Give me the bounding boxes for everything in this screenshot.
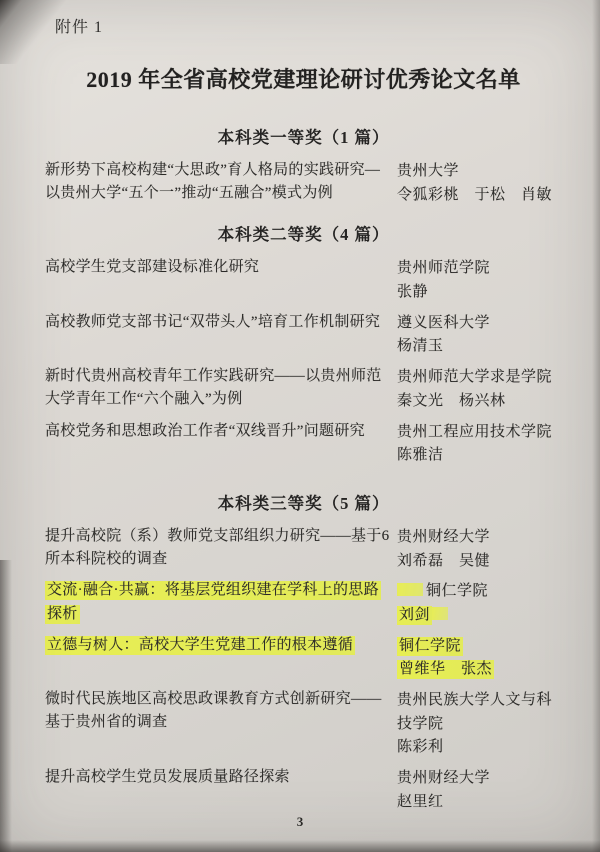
section-heading-third-prize: 本科类三等奖（5 篇） — [45, 490, 562, 514]
paper-attribution: 遵义医科大学 杨清玉 — [397, 311, 562, 359]
highlighted-institution-text: 铜仁学院 — [397, 637, 463, 656]
section-heading-first-prize: 本科类一等奖（1 篇） — [45, 124, 562, 148]
institution: 铜仁学院 — [397, 580, 562, 604]
paper-title: 高校学生党支部建设标准化研究 — [45, 256, 393, 279]
authors: 陈雅洁 — [397, 444, 562, 468]
paper-attribution: 贵州工程应用技术学院 陈雅洁 — [397, 420, 562, 468]
paper-entry-highlighted: 立德与树人：高校大学生党建工作的根本遵循 铜仁学院 曾维华 张杰 — [45, 634, 562, 682]
highlighted-authors-text: 曾维华 张杰 — [397, 660, 494, 679]
authors: 杨清玉 — [397, 335, 562, 359]
document-content: 附件 1 2019 年全省高校党建理论研讨优秀论文名单 本科类一等奖（1 篇） … — [0, 0, 600, 852]
highlighted-title-text: 立德与树人：高校大学生党建工作的根本遵循 — [45, 636, 355, 655]
paper-entry: 高校学生党支部建设标准化研究 贵州师范学院 张静 — [45, 256, 562, 304]
paper-entry: 新形势下高校构建“大思政”育人格局的实践研究—以贵州大学“五个一”推动“五融合”… — [45, 159, 562, 207]
highlight-mark — [397, 583, 423, 596]
institution: 贵州民族大学人文与科技学院 — [397, 689, 562, 736]
institution-text: 铜仁学院 — [426, 583, 488, 599]
paper-attribution: 贵州大学 令狐彩桃 于松 肖敏 — [397, 159, 562, 207]
paper-entry-highlighted: 交流·融合·共赢：将基层党组织建在学科上的思路探析 铜仁学院 刘剑 — [45, 579, 562, 627]
paper-title: 新形势下高校构建“大思政”育人格局的实践研究—以贵州大学“五个一”推动“五融合”… — [45, 159, 393, 206]
paper-title: 微时代民族地区高校思政课教育方式创新研究——基于贵州省的调查 — [45, 688, 393, 735]
paper-title: 高校党务和思想政治工作者“双线晋升”问题研究 — [45, 420, 393, 443]
paper-entry: 高校教师党支部书记“双带头人”培育工作机制研究 遵义医科大学 杨清玉 — [45, 311, 562, 359]
paper-attribution: 贵州财经大学 刘希磊 吴健 — [397, 525, 562, 573]
paper-entry: 微时代民族地区高校思政课教育方式创新研究——基于贵州省的调查 贵州民族大学人文与… — [45, 688, 562, 760]
authors: 曾维华 张杰 — [397, 658, 562, 682]
paper-title: 立德与树人：高校大学生党建工作的根本遵循 — [45, 634, 393, 657]
paper-title: 交流·融合·共赢：将基层党组织建在学科上的思路探析 — [45, 579, 393, 626]
institution: 遵义医科大学 — [397, 312, 562, 336]
highlighted-authors-text: 刘剑 — [397, 606, 432, 625]
authors: 张静 — [397, 281, 562, 305]
paper-attribution: 贵州财经大学 赵里红 — [397, 766, 562, 814]
institution: 贵州工程应用技术学院 — [397, 421, 562, 445]
scanned-document-page: 附件 1 2019 年全省高校党建理论研讨优秀论文名单 本科类一等奖（1 篇） … — [0, 0, 600, 852]
document-title: 2019 年全省高校党建理论研讨优秀论文名单 — [45, 63, 562, 94]
paper-attribution: 贵州师范学院 张静 — [397, 256, 562, 304]
attachment-label: 附件 1 — [55, 14, 562, 37]
institution: 贵州财经大学 — [397, 767, 562, 791]
authors: 刘剑 — [397, 604, 562, 628]
paper-attribution: 铜仁学院 曾维华 张杰 — [397, 634, 562, 682]
institution: 贵州大学 — [397, 160, 562, 184]
paper-entry: 新时代贵州高校青年工作实践研究——以贵州师范大学青年工作“六个融入”为例 贵州师… — [45, 365, 562, 413]
paper-title: 提升高校学生党员发展质量路径探索 — [45, 766, 393, 789]
paper-attribution: 贵州师范大学求是学院 秦文光 杨兴林 — [397, 365, 562, 413]
paper-attribution: 贵州民族大学人文与科技学院 陈彩利 — [397, 688, 562, 760]
highlight-mark — [432, 607, 448, 620]
paper-entry: 提升高校院（系）教师党支部组织力研究——基于6所本科院校的调查 贵州财经大学 刘… — [45, 525, 562, 573]
paper-entry: 提升高校学生党员发展质量路径探索 贵州财经大学 赵里红 — [45, 766, 562, 814]
paper-title: 新时代贵州高校青年工作实践研究——以贵州师范大学青年工作“六个融入”为例 — [45, 365, 393, 412]
section-heading-second-prize: 本科类二等奖（4 篇） — [45, 221, 562, 245]
authors: 刘希磊 吴健 — [397, 550, 562, 574]
authors: 陈彩利 — [397, 736, 562, 760]
paper-entry: 高校党务和思想政治工作者“双线晋升”问题研究 贵州工程应用技术学院 陈雅洁 — [45, 420, 562, 468]
paper-title: 高校教师党支部书记“双带头人”培育工作机制研究 — [45, 311, 393, 334]
institution: 铜仁学院 — [397, 635, 562, 659]
paper-title: 提升高校院（系）教师党支部组织力研究——基于6所本科院校的调查 — [45, 525, 393, 572]
paper-attribution: 铜仁学院 刘剑 — [397, 579, 562, 627]
authors: 令狐彩桃 于松 肖敏 — [397, 184, 562, 208]
institution: 贵州师范大学求是学院 — [397, 366, 562, 390]
authors: 赵里红 — [397, 791, 562, 815]
highlighted-title-text: 交流·融合·共赢：将基层党组织建在学科上的思路探析 — [45, 581, 381, 623]
page-number: 3 — [0, 814, 600, 830]
authors: 秦文光 杨兴林 — [397, 390, 562, 414]
institution: 贵州财经大学 — [397, 526, 562, 550]
institution: 贵州师范学院 — [397, 257, 562, 281]
